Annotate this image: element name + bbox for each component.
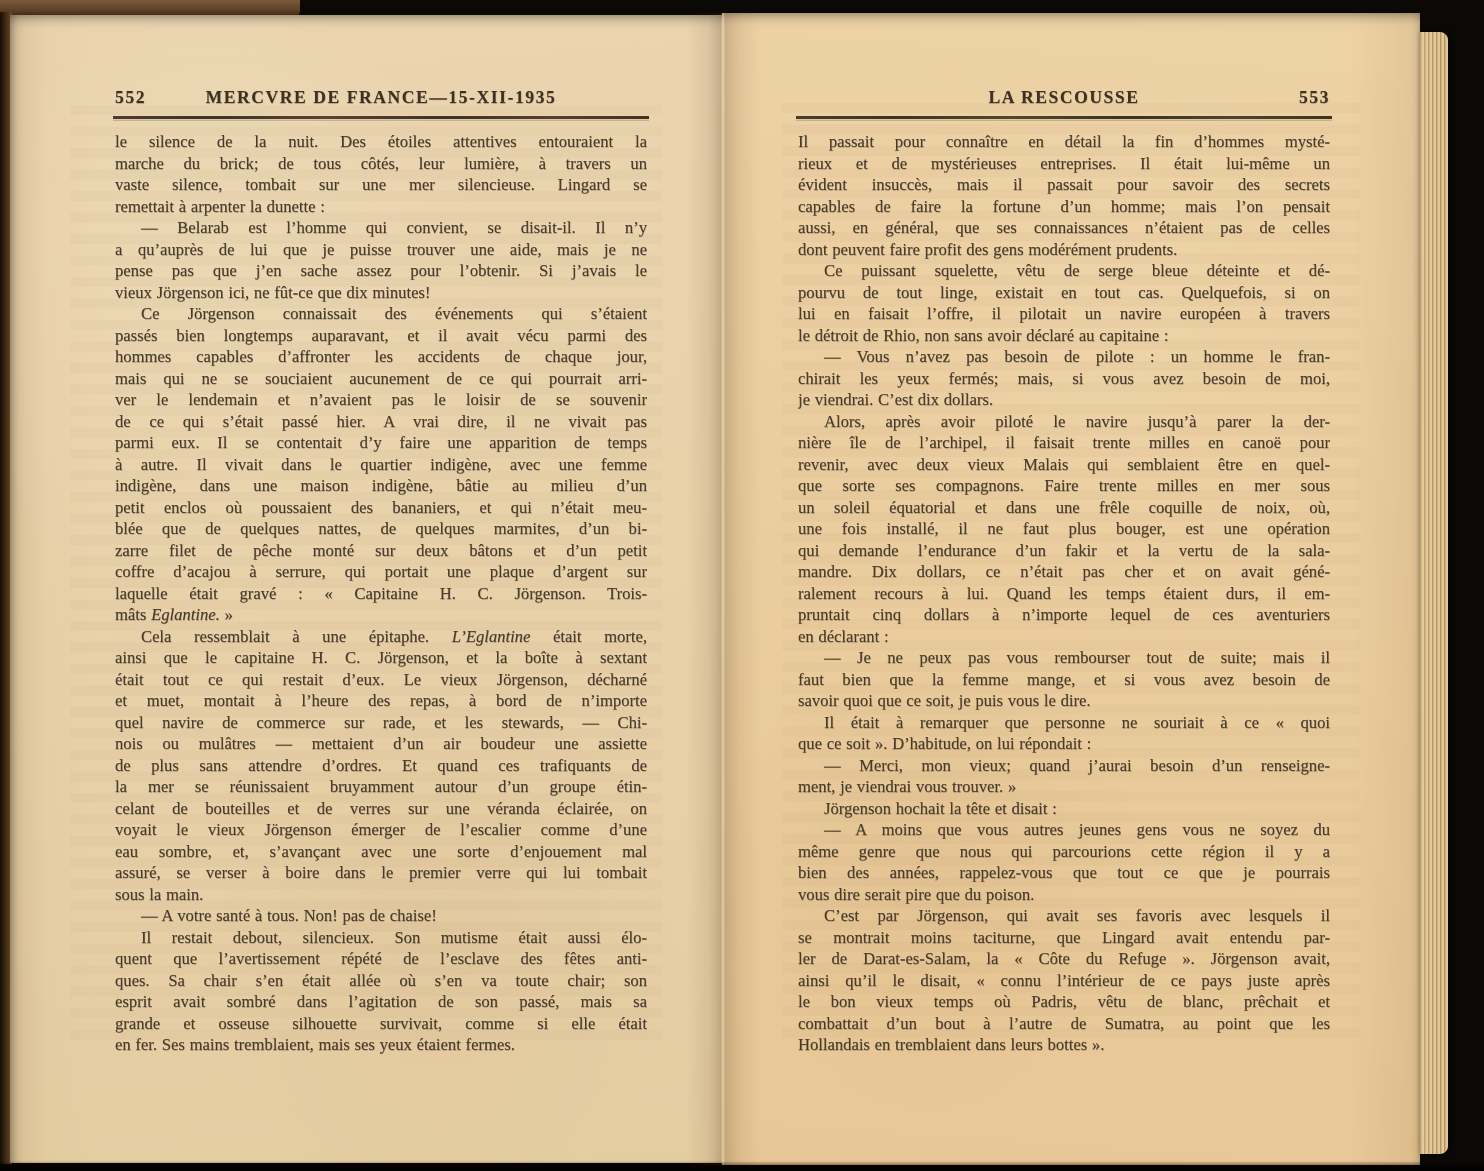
text-line: — Belarab est l’homme qui convient, se d… xyxy=(115,217,647,239)
text-line: marche du brick; de tous côtés, leur lum… xyxy=(115,153,647,175)
text-line: en fer. Ses mains tremblaient, mais ses … xyxy=(115,1034,647,1056)
text-line: celant de bouteilles et de verres sur un… xyxy=(115,798,647,820)
text-line: chirait les yeux fermés; mais, si vous a… xyxy=(798,368,1330,390)
text-line: ler de Darat-es-Salam, la « Côte du Refu… xyxy=(798,948,1330,970)
text-line: vaste silence, tombait sur une mer silen… xyxy=(115,174,647,196)
text-line: que sorte ses compagnons. Faire trente m… xyxy=(798,475,1330,497)
paragraph: Il restait debout, silencieux. Son mutis… xyxy=(115,927,647,1056)
text-line: rieux et de mystérieuses entreprises. Il… xyxy=(798,153,1330,175)
text-line: pourvu de tout linge, existait en tout c… xyxy=(798,282,1330,304)
text-line: ainsi que le capitaine H. C. Jörgenson, … xyxy=(115,647,647,669)
text-line: eau sombre, et, s’avançant avec une sort… xyxy=(115,841,647,863)
text-line: — A votre santé à tous. Non! pas de chai… xyxy=(115,905,647,927)
paragraph: le silence de la nuit. Des étoiles atten… xyxy=(115,131,647,217)
text-line: je viendrai. C’est dix dollars. xyxy=(798,389,1330,411)
paragraph: — Vous n’avez pas besoin de pilote : un … xyxy=(798,346,1330,411)
text-line: vieux Jörgenson ici, ne fût-ce que dix m… xyxy=(115,282,647,304)
paragraph: Il passait pour connaître en détail la f… xyxy=(798,131,1330,260)
text-line: passés bien longtemps auparavant, et il … xyxy=(115,325,647,347)
book-photo-scene: 552 MERCVRE DE FRANCE—15-XII-1935 le sil… xyxy=(0,0,1484,1171)
text-line: aussi, en général, que ses connaissances… xyxy=(798,217,1330,239)
text-line: bien des années, rappelez-vous que tout … xyxy=(798,862,1330,884)
text-line: sous la main. xyxy=(115,884,647,906)
text-line: laquelle était gravé : « Capitaine H. C.… xyxy=(115,583,647,605)
text-line: Jörgenson hochait la tête et disait : xyxy=(798,798,1330,820)
right-page-number: 553 xyxy=(1299,87,1330,108)
paragraph: Jörgenson hochait la tête et disait : xyxy=(798,798,1330,820)
paragraph: — Je ne peux pas vous rembourser tout de… xyxy=(798,647,1330,712)
text-line: — Merci, mon vieux; quand j’aurai besoin… xyxy=(798,755,1330,777)
left-running-title: MERCVRE DE FRANCE—15-XII-1935 xyxy=(115,87,647,108)
paragraph: Cela ressemblait à une épitaphe. L’Eglan… xyxy=(115,626,647,906)
left-page: 552 MERCVRE DE FRANCE—15-XII-1935 le sil… xyxy=(10,15,722,1163)
text-line: mâts Eglantine. » xyxy=(115,604,647,626)
text-line: — Vous n’avez pas besoin de pilote : un … xyxy=(798,346,1330,368)
text-line: Il passait pour connaître en détail la f… xyxy=(798,131,1330,153)
text-line: ver le lendemain et n’avaient pas le loi… xyxy=(115,389,647,411)
text-line: quel navire de commerce sur rade, et les… xyxy=(115,712,647,734)
text-line: ralement recours à lui. Quand les temps … xyxy=(798,583,1330,605)
text-line: se montrait moins taciturne, que Lingard… xyxy=(798,927,1330,949)
text-line: même genre que nous qui parcourions cett… xyxy=(798,841,1330,863)
text-line: mais qui ne se souciaient aucunement de … xyxy=(115,368,647,390)
text-line: et muet, montait à l’heure des repas, à … xyxy=(115,690,647,712)
text-line: parmi eux. Il se contentait d’y faire un… xyxy=(115,432,647,454)
bottom-shadow xyxy=(0,1161,1484,1171)
paragraph: — A moins que vous autres jeunes gens vo… xyxy=(798,819,1330,905)
right-running-title: LA RESCOUSSE xyxy=(798,87,1330,108)
text-line: mandre. Dix dollars, ce n’était pas cher… xyxy=(798,561,1330,583)
text-line: esprit avait sombré dans l’agitation de … xyxy=(115,991,647,1013)
text-line: à autre. Il vivait dans le quartier indi… xyxy=(115,454,647,476)
text-line: quent que l’avertissement répété de l’es… xyxy=(115,948,647,970)
text-line: ment, je viendrai vous trouver. » xyxy=(798,776,1330,798)
text-line: de plus sans attendre d’ordres. Et quand… xyxy=(115,755,647,777)
text-line: Il était à remarquer que personne ne sou… xyxy=(798,712,1330,734)
text-line: combattait d’un bout à l’autre de Sumatr… xyxy=(798,1013,1330,1035)
text-line: zarre filet de pêche monté sur deux bâto… xyxy=(115,540,647,562)
text-line: Alors, après avoir piloté le navire jusq… xyxy=(798,411,1330,433)
text-line: de ce qui s’était passé hier. A vrai dir… xyxy=(115,411,647,433)
paragraph: Ce puissant squelette, vêtu de serge ble… xyxy=(798,260,1330,346)
text-line: le détroit de Rhio, non sans avoir décla… xyxy=(798,325,1330,347)
text-line: que ce soit ». D’habitude, on lui répond… xyxy=(798,733,1330,755)
text-line: Hollandais en tremblaient dans leurs bot… xyxy=(798,1034,1330,1056)
text-line: pense pas que j’en sache assez pour l’ob… xyxy=(115,260,647,282)
text-line: le bon vieux temps où Padris, vêtu de bl… xyxy=(798,991,1330,1013)
text-line: faut bien que la femme mange, et si vous… xyxy=(798,669,1330,691)
text-line: indigène, dans une maison indigène, bâti… xyxy=(115,475,647,497)
text-line: en déclarant : xyxy=(798,626,1330,648)
text-line: voyait le vieux Jörgenson émerger de l’e… xyxy=(115,819,647,841)
paragraph: Il était à remarquer que personne ne sou… xyxy=(798,712,1330,755)
text-line: remettait à arpenter la dunette : xyxy=(115,196,647,218)
text-line: capables de faire la fortune d’un homme;… xyxy=(798,196,1330,218)
text-line: qui demande l’endurance d’un fakir et la… xyxy=(798,540,1330,562)
text-line: Ce Jörgenson connaissait des événements … xyxy=(115,303,647,325)
text-line: coffre d’acajou à serrure, qui portait u… xyxy=(115,561,647,583)
text-line: ques. Sa chair s’en était allée où s’en … xyxy=(115,970,647,992)
text-line: grande et osseuse silhouette survivait, … xyxy=(115,1013,647,1035)
text-line: le silence de la nuit. Des étoiles atten… xyxy=(115,131,647,153)
left-page-text: le silence de la nuit. Des étoiles atten… xyxy=(115,131,647,1056)
left-header-rule xyxy=(113,116,649,119)
text-line: revenir, avec deux vieux Malais qui semb… xyxy=(798,454,1330,476)
left-page-header: 552 MERCVRE DE FRANCE—15-XII-1935 xyxy=(115,87,647,113)
text-line: — Je ne peux pas vous rembourser tout de… xyxy=(798,647,1330,669)
text-line: ainsi qu’il le disait, « connu l’intérie… xyxy=(798,970,1330,992)
text-line: était tout ce qui restait d’eux. Le vieu… xyxy=(115,669,647,691)
text-line: nière île de l’archipel, il faisait tren… xyxy=(798,432,1330,454)
text-line: vous dire serait pire que du poison. xyxy=(798,884,1330,906)
text-line: nois ou mulâtres — mettaient d’un air bo… xyxy=(115,733,647,755)
paragraph: C’est par Jörgenson, qui avait ses favor… xyxy=(798,905,1330,1056)
text-line: — A moins que vous autres jeunes gens vo… xyxy=(798,819,1330,841)
text-line: une fois installé, il ne faut plus bouge… xyxy=(798,518,1330,540)
paragraph: — A votre santé à tous. Non! pas de chai… xyxy=(115,905,647,927)
text-line: lui en faisait l’offre, il pilotait un n… xyxy=(798,303,1330,325)
text-line: petit enclos où poussaient des bananiers… xyxy=(115,497,647,519)
text-line: Cela ressemblait à une épitaphe. L’Eglan… xyxy=(115,626,647,648)
text-line: blée que de quelques nattes, de quelques… xyxy=(115,518,647,540)
text-line: assuré, se verser à boire dans le premie… xyxy=(115,862,647,884)
right-page-text: Il passait pour connaître en détail la f… xyxy=(798,131,1330,1056)
paragraph: — Belarab est l’homme qui convient, se d… xyxy=(115,217,647,303)
text-line: a qu’auprès de lui que je puisse trouver… xyxy=(115,239,647,261)
right-page-header: LA RESCOUSSE 553 xyxy=(798,87,1330,113)
text-line: savoir quoi que ce soit, je puis vous le… xyxy=(798,690,1330,712)
text-line: un soleil équatorial et dans une frêle c… xyxy=(798,497,1330,519)
text-line: hommes capables d’affronter les accident… xyxy=(115,346,647,368)
paragraph: — Merci, mon vieux; quand j’aurai besoin… xyxy=(798,755,1330,798)
text-line: dont peuvent faire profit des gens modér… xyxy=(798,239,1330,261)
right-page: LA RESCOUSSE 553 Il passait pour connaît… xyxy=(722,13,1420,1165)
paragraph: Ce Jörgenson connaissait des événements … xyxy=(115,303,647,626)
paragraph: Alors, après avoir piloté le navire jusq… xyxy=(798,411,1330,648)
text-line: pruntait cinq dollars à n’importe lequel… xyxy=(798,604,1330,626)
text-line: Il restait debout, silencieux. Son mutis… xyxy=(115,927,647,949)
right-header-rule xyxy=(796,116,1332,119)
text-line: Ce puissant squelette, vêtu de serge ble… xyxy=(798,260,1330,282)
page-stack-edge xyxy=(1420,32,1448,1154)
text-line: la mer se réunissaient bruyamment autour… xyxy=(115,776,647,798)
text-line: évident insuccès, mais il passait pour s… xyxy=(798,174,1330,196)
text-line: C’est par Jörgenson, qui avait ses favor… xyxy=(798,905,1330,927)
